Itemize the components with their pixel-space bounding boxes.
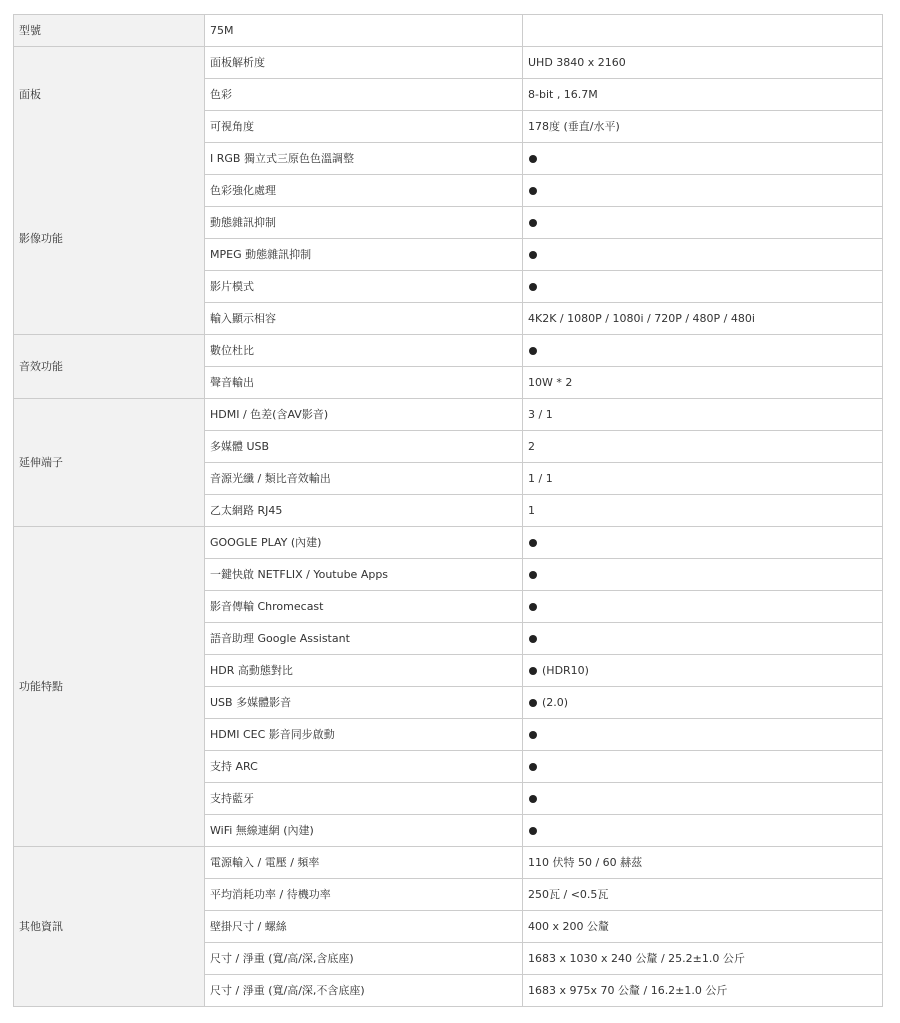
spec-value (523, 623, 883, 655)
category-label-panel: 面板 (19, 88, 41, 102)
category-cell-features: 功能特點 (14, 527, 205, 847)
spec-value: 8-bit , 16.7M (523, 79, 883, 111)
spec-name: 音源光纖 / 類比音效輸出 (205, 463, 523, 495)
supported-dot-icon (529, 251, 537, 259)
supported-dot-icon (529, 155, 537, 163)
spec-name: 動態雜訊抑制 (205, 207, 523, 239)
spec-name: 面板解析度 (205, 47, 523, 79)
spec-name: 壁掛尺寸 / 螺絲 (205, 911, 523, 943)
supported-dot-icon (529, 635, 537, 643)
spec-value (523, 559, 883, 591)
spec-value: UHD 3840 x 2160 (523, 47, 883, 79)
spec-value (523, 751, 883, 783)
spec-name: 平均消耗功率 / 待機功率 (205, 879, 523, 911)
spec-name: 色彩強化處理 (205, 175, 523, 207)
spec-value (523, 207, 883, 239)
spec-name: 聲音輸出 (205, 367, 523, 399)
model-extra (523, 15, 883, 47)
supported-dot-icon (529, 187, 537, 195)
supported-dot-icon (529, 347, 537, 355)
spec-name: 多媒體 USB (205, 431, 523, 463)
supported-dot-icon (529, 699, 537, 707)
spec-name: I RGB 獨立式三原色色溫調整 (205, 143, 523, 175)
supported-dot-icon (529, 219, 537, 227)
spec-name: 電源輸入 / 電壓 / 頻率 (205, 847, 523, 879)
spec-name: HDMI / 色差(含AV影音) (205, 399, 523, 431)
supported-dot-icon (529, 283, 537, 291)
spec-value: 110 伏特 50 / 60 赫茲 (523, 847, 883, 879)
supported-dot-icon (529, 763, 537, 771)
supported-dot-icon (529, 603, 537, 611)
table-row: 面板影像功能面板解析度UHD 3840 x 2160 (14, 47, 883, 79)
spec-value: 1 / 1 (523, 463, 883, 495)
spec-name: HDR 高動態對比 (205, 655, 523, 687)
category-cell-other: 其他資訊 (14, 847, 205, 1007)
category-cell-audio: 音效功能 (14, 335, 205, 399)
supported-dot-icon (529, 667, 537, 675)
spec-value (523, 143, 883, 175)
spec-value: 1 (523, 495, 883, 527)
spec-value: 4K2K / 1080P / 1080i / 720P / 480P / 480… (523, 303, 883, 335)
spec-name: 輸入顯示相容 (205, 303, 523, 335)
supported-dot-icon (529, 571, 537, 579)
supported-dot-icon (529, 539, 537, 547)
supported-dot-icon (529, 795, 537, 803)
category-cell-panel: 面板影像功能 (14, 47, 205, 335)
model-label: 型號 (14, 15, 205, 47)
spec-name: 數位杜比 (205, 335, 523, 367)
spec-name: USB 多媒體影音 (205, 687, 523, 719)
spec-name: HDMI CEC 影音同步啟動 (205, 719, 523, 751)
table-row: 延伸端子HDMI / 色差(含AV影音)3 / 1 (14, 399, 883, 431)
spec-value (523, 335, 883, 367)
spec-note: (2.0) (542, 696, 568, 709)
spec-value: (2.0) (523, 687, 883, 719)
spec-value: (HDR10) (523, 655, 883, 687)
category-cell-ports: 延伸端子 (14, 399, 205, 527)
spec-name: 色彩 (205, 79, 523, 111)
spec-value (523, 175, 883, 207)
spec-value: 2 (523, 431, 883, 463)
spec-value: 250瓦 / <0.5瓦 (523, 879, 883, 911)
spec-value: 10W * 2 (523, 367, 883, 399)
spec-value (523, 527, 883, 559)
spec-name: WiFi 無線連網 (內建) (205, 815, 523, 847)
spec-table: 型號 75M 面板影像功能面板解析度UHD 3840 x 2160色彩8-bit… (13, 14, 883, 1007)
spec-value: 400 x 200 公釐 (523, 911, 883, 943)
spec-name: 影片模式 (205, 271, 523, 303)
table-row: 其他資訊電源輸入 / 電壓 / 頻率110 伏特 50 / 60 赫茲 (14, 847, 883, 879)
spec-table-body: 型號 75M 面板影像功能面板解析度UHD 3840 x 2160色彩8-bit… (14, 15, 883, 1007)
spec-name: 尺寸 / 淨重 (寬/高/深,不含底座) (205, 975, 523, 1007)
spec-name: GOOGLE PLAY (內建) (205, 527, 523, 559)
spec-name: 尺寸 / 淨重 (寬/高/深,含底座) (205, 943, 523, 975)
table-row: 音效功能數位杜比 (14, 335, 883, 367)
spec-value (523, 271, 883, 303)
table-row-model: 型號 75M (14, 15, 883, 47)
category-label-image: 影像功能 (19, 232, 63, 246)
spec-value (523, 719, 883, 751)
model-value: 75M (205, 15, 523, 47)
spec-value: 3 / 1 (523, 399, 883, 431)
spec-name: 一鍵快啟 NETFLIX / Youtube Apps (205, 559, 523, 591)
supported-dot-icon (529, 827, 537, 835)
spec-note: (HDR10) (542, 664, 589, 677)
spec-value (523, 783, 883, 815)
spec-value: 1683 x 975x 70 公釐 / 16.2±1.0 公斤 (523, 975, 883, 1007)
spec-value: 178度 (垂直/水平) (523, 111, 883, 143)
spec-value (523, 239, 883, 271)
supported-dot-icon (529, 731, 537, 739)
spec-name: 乙太網路 RJ45 (205, 495, 523, 527)
spec-value (523, 815, 883, 847)
spec-name: 影音傳輸 Chromecast (205, 591, 523, 623)
spec-name: 支持藍牙 (205, 783, 523, 815)
spec-value (523, 591, 883, 623)
spec-name: MPEG 動態雜訊抑制 (205, 239, 523, 271)
spec-name: 語音助理 Google Assistant (205, 623, 523, 655)
spec-value: 1683 x 1030 x 240 公釐 / 25.2±1.0 公斤 (523, 943, 883, 975)
spec-name: 支持 ARC (205, 751, 523, 783)
table-row: 功能特點GOOGLE PLAY (內建) (14, 527, 883, 559)
spec-name: 可視角度 (205, 111, 523, 143)
